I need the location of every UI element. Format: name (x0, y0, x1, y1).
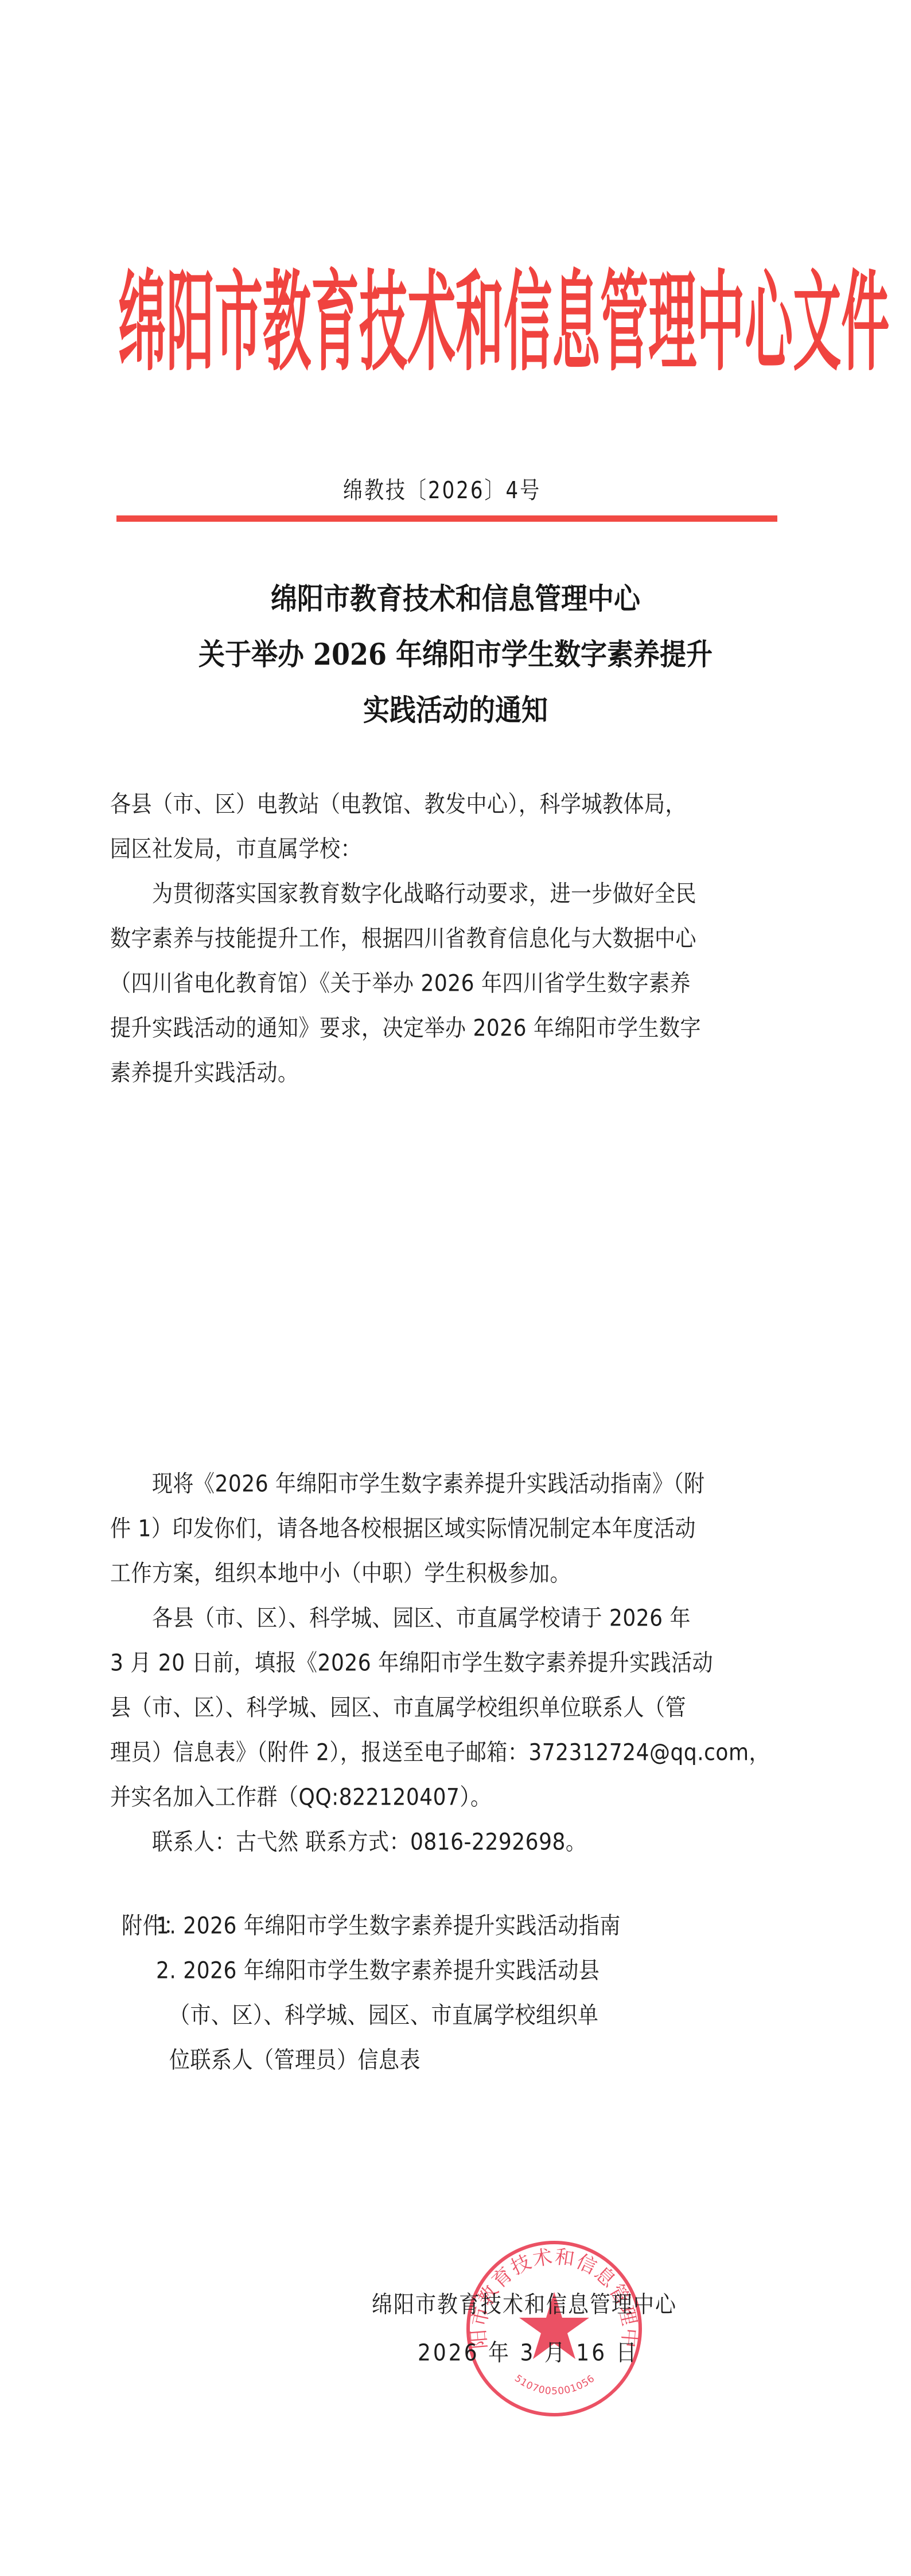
masthead-char: 阳 (166, 269, 215, 377)
masthead-char: 理 (648, 269, 696, 377)
paragraph-1-line: 素养提升实践活动。 (110, 1062, 799, 1085)
masthead-char: 文 (793, 269, 841, 377)
masthead-char: 息 (552, 269, 600, 377)
masthead-char: 术 (407, 269, 455, 377)
signature-organization: 绵阳市教育技术和信息管理中心 (372, 2294, 677, 2317)
official-seal-stamp: 绵阳市教育技术和信息管理中心 5107005001056 (463, 2237, 645, 2420)
masthead-char: 市 (215, 269, 263, 377)
attachment-item-2-line: 2. 2026 年绵阳市学生数字素养提升实践活动县 (156, 1960, 844, 1983)
attachment-item-2-line: 位联系人（管理员）信息表 (169, 2049, 858, 2072)
paragraph-3-line: 并实名加入工作群（QQ:822120407）。 (110, 1786, 799, 1809)
contact-line: 联系人：古弋然 联系方式：0816-2292698。 (152, 1831, 840, 1854)
masthead-char: 中 (696, 269, 745, 377)
red-separator-rule (116, 515, 777, 522)
paragraph-3-line: 3 月 20 日前，填报《2026 年绵阳市学生数字素养提升实践活动 (110, 1652, 799, 1675)
masthead-char: 技 (359, 269, 407, 377)
salutation-line: 园区社发局，市直属学校： (110, 838, 799, 861)
paragraph-3-line: 各县（市、区）、科学城、园区、市直属学校请于 2026 年 (152, 1607, 840, 1630)
masthead-char: 件 (841, 269, 889, 377)
document-number: 绵教技〔2026〕4号 (343, 471, 552, 505)
stamp-code-text: 5107005001056 (512, 2373, 597, 2397)
masthead-char: 绵 (118, 269, 166, 377)
title-line-2: 关于举办 2026 年绵阳市学生数字素养提升 (0, 639, 911, 669)
document-page: 绵 阳 市 教 育 技 术 和 信 息 管 理 中 心 文 件 绵教技〔2026… (0, 0, 911, 2576)
paragraph-1-line: 数字素养与技能提升工作，根据四川省教育信息化与大数据中心 (110, 928, 799, 951)
masthead-char: 和 (455, 269, 504, 377)
masthead-char: 育 (311, 269, 359, 377)
salutation-line: 各县（市、区）电教站（电教馆、教发中心），科学城教体局， (110, 793, 799, 816)
paragraph-1-line: 提升实践活动的通知》要求，决定举办 2026 年绵阳市学生数字 (110, 1017, 799, 1040)
masthead-char: 教 (263, 269, 311, 377)
paragraph-2-line: 件 1）印发你们，请各地各校根据区域实际情况制定本年度活动 (110, 1518, 799, 1541)
paragraph-3-line: 县（市、区）、科学城、园区、市直属学校组织单位联系人（管 (110, 1697, 799, 1720)
signature-date: 2026 年 3 月 16 日 (418, 2342, 639, 2365)
attachment-item-1: 1. 2026 年绵阳市学生数字素养提升实践活动指南 (156, 1915, 844, 1938)
title-line-3: 实践活动的通知 (0, 695, 911, 725)
paragraph-1-line: （四川省电化教育馆）《关于举办 2026 年四川省学生数字素养 (110, 972, 799, 995)
paragraph-2-line: 现将《2026 年绵阳市学生数字素养提升实践活动指南》（附 (152, 1473, 840, 1496)
masthead-title: 绵 阳 市 教 育 技 术 和 信 息 管 理 中 心 文 件 (118, 265, 778, 380)
svg-text:5107005001056: 5107005001056 (512, 2373, 597, 2397)
title-line-1: 绵阳市教育技术和信息管理中心 (0, 584, 911, 614)
masthead-char: 管 (600, 269, 648, 377)
paragraph-2-line: 工作方案，组织本地中小（中职）学生积极参加。 (110, 1562, 799, 1585)
paragraph-3-line: 理员）信息表》（附件 2），报送至电子邮箱：372312724@qq.com， (110, 1741, 799, 1764)
masthead-char: 信 (504, 269, 552, 377)
paragraph-1-line: 为贯彻落实国家教育数字化战略行动要求，进一步做好全民 (152, 883, 840, 906)
attachment-item-2-line: （市、区）、科学城、园区、市直属学校组织单 (169, 2004, 858, 2027)
masthead-char: 心 (745, 269, 793, 377)
